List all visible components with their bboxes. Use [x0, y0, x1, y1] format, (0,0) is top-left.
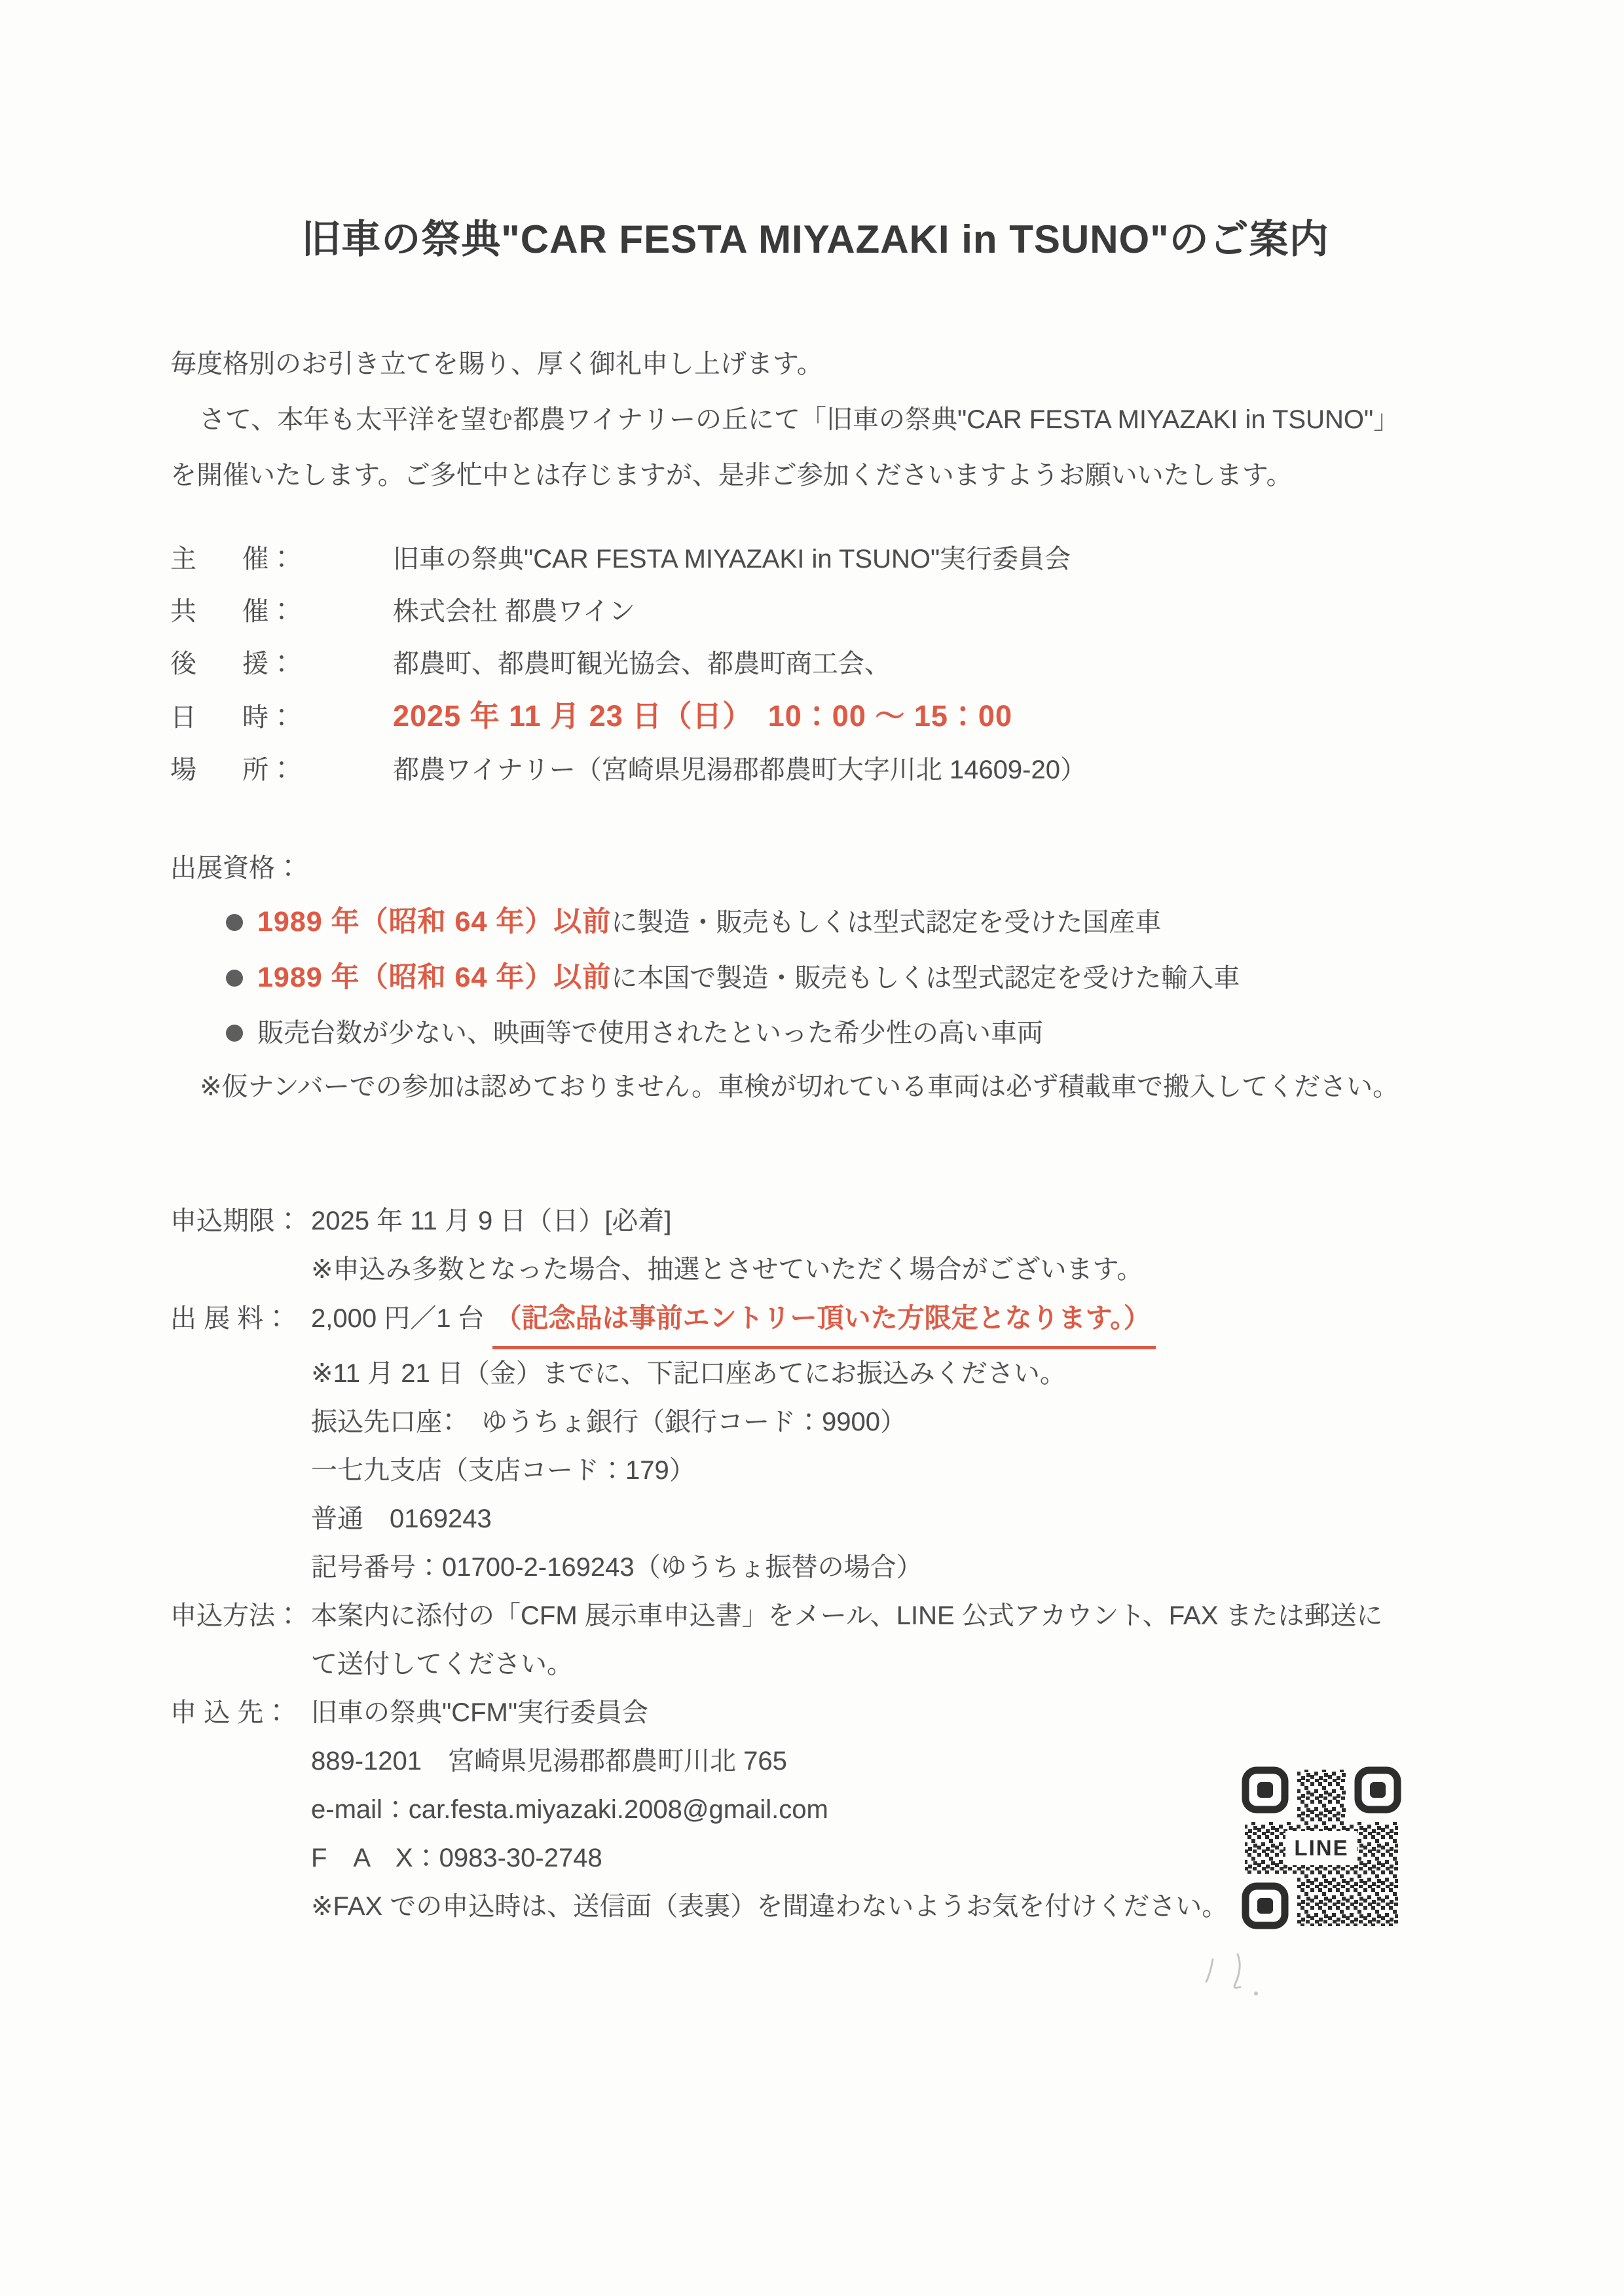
detail-label: 主催： — [170, 533, 295, 585]
detail-label: 共催： — [170, 585, 295, 638]
detail-label: 日時： — [170, 691, 295, 744]
destination-value: 旧車の祭典"CFM"実行委員会 — [311, 1688, 648, 1737]
fee-label: 出 展 料： — [170, 1294, 311, 1343]
greeting-line-2: さて、本年も太平洋を望む都農ワイナリーの丘にて「旧車の祭典"CAR FESTA … — [170, 392, 1460, 448]
line-qr-code: LINE — [1240, 1764, 1403, 1931]
eligibility-note: ※仮ナンバーでの参加は認めておりません。車検が切れている車両は必ず積載車で搬入し… — [200, 1061, 1460, 1113]
bullet-icon — [226, 1025, 243, 1042]
pen-mark — [1204, 1948, 1289, 2000]
detail-value: 旧車の祭典"CAR FESTA MIYAZAKI in TSUNO"実行委員会 — [393, 533, 1071, 585]
eligibility-item: 1989 年（昭和 64 年）以前に製造・販売もしくは型式認定を受けた国産車 — [170, 894, 1460, 950]
detail-row-place: 場所： 都農ワイナリー（宮崎県児湯郡都農町大字川北 14609-20） — [170, 744, 1460, 796]
bank-symbol-line: 記号番号：01700-2-169243（ゆうちょ振替の場合） — [311, 1543, 1460, 1592]
method-row: 申込方法： 本案内に添付の「CFM 展示車申込書」をメール、LINE 公式アカウ… — [170, 1592, 1460, 1640]
flyer-page: 旧車の祭典"CAR FESTA MIYAZAKI in TSUNO"のご案内 毎… — [0, 0, 1624, 2296]
deadline-note: ※申込み多数となった場合、抽選とさせていただく場合がございます。 — [311, 1245, 1460, 1294]
destination-label: 申 込 先： — [170, 1688, 311, 1737]
detail-row-organizer: 主催： 旧車の祭典"CAR FESTA MIYAZAKI in TSUNO"実行… — [170, 533, 1460, 585]
detail-value: 都農町、都農町観光協会、都農町商工会、 — [393, 638, 891, 690]
deadline-row: 申込期限： 2025 年 11 月 9 日（日）[必着] — [170, 1197, 1460, 1245]
fee-row: 出 展 料： 2,000 円／1 台 （記念品は事前エントリー頂いた方限定となり… — [170, 1294, 1460, 1349]
qr-line-label: LINE — [1294, 1836, 1348, 1860]
detail-row-support: 後援： 都農町、都農町観光協会、都農町商工会、 — [170, 638, 1460, 690]
greeting-line-1: 毎度格別のお引き立てを賜り、厚く御礼申し上げます。 — [170, 337, 1460, 392]
bank-account-line: 振込先口座： ゆうちょ銀行（銀行コード：9900） — [311, 1398, 1460, 1446]
eligibility-item: 1989 年（昭和 64 年）以前に本国で製造・販売もしくは型式認定を受けた輸入… — [170, 950, 1460, 1006]
eligibility-highlight: 1989 年（昭和 64 年）以前 — [257, 962, 611, 993]
detail-row-datetime: 日時： 2025 年 11 月 23 日（日） 10：00 ～ 15：00 — [170, 690, 1460, 744]
event-details: 主催： 旧車の祭典"CAR FESTA MIYAZAKI in TSUNO"実行… — [170, 533, 1460, 796]
eligibility-item: 販売台数が少ない、映画等で使用されたといった希少性の高い車両 — [170, 1006, 1460, 1061]
detail-value: 株式会社 都農ワイン — [393, 585, 635, 638]
bank-branch-line: 一七九支店（支店コード：179） — [311, 1446, 1460, 1495]
fee-value: 2,000 円／1 台 — [311, 1294, 485, 1343]
bank-number-line: 普通 0169243 — [311, 1495, 1460, 1543]
method-value: 本案内に添付の「CFM 展示車申込書」をメール、LINE 公式アカウント、FAX… — [311, 1592, 1383, 1640]
eligibility-highlight: 1989 年（昭和 64 年）以前 — [257, 906, 611, 938]
deadline-label: 申込期限： — [170, 1197, 311, 1245]
eligibility-heading: 出展資格： — [170, 842, 1460, 894]
method-label: 申込方法： — [170, 1592, 311, 1640]
method-continuation: て送付してください。 — [311, 1640, 1460, 1688]
fee-note: ※11 月 21 日（金）までに、下記口座あてにお振込みください。 — [311, 1349, 1460, 1398]
detail-row-cohost: 共催： 株式会社 都農ワイン — [170, 585, 1460, 638]
fee-highlight: （記念品は事前エントリー頂いた方限定となります。） — [492, 1294, 1156, 1349]
bullet-icon — [226, 970, 243, 987]
deadline-value: 2025 年 11 月 9 日（日）[必着] — [311, 1197, 672, 1245]
greeting-paragraph: 毎度格別のお引き立てを賜り、厚く御礼申し上げます。 さて、本年も太平洋を望む都農… — [170, 337, 1460, 503]
greeting-line-3: を開催いたします。ご多忙中とは存じますが、是非ご参加くださいますようお願いいたし… — [170, 448, 1460, 503]
detail-label: 後援： — [170, 638, 295, 690]
bullet-icon — [226, 914, 243, 931]
destination-row: 申 込 先： 旧車の祭典"CFM"実行委員会 — [170, 1688, 1460, 1737]
page-title: 旧車の祭典"CAR FESTA MIYAZAKI in TSUNO"のご案内 — [170, 216, 1460, 263]
eligibility-section: 出展資格： 1989 年（昭和 64 年）以前に製造・販売もしくは型式認定を受け… — [170, 842, 1460, 1113]
event-place: 都農ワイナリー（宮崎県児湯郡都農町大字川北 14609-20） — [393, 744, 1086, 796]
event-datetime: 2025 年 11 月 23 日（日） 10：00 ～ 15：00 — [393, 690, 1012, 742]
detail-label: 場所： — [170, 744, 295, 796]
